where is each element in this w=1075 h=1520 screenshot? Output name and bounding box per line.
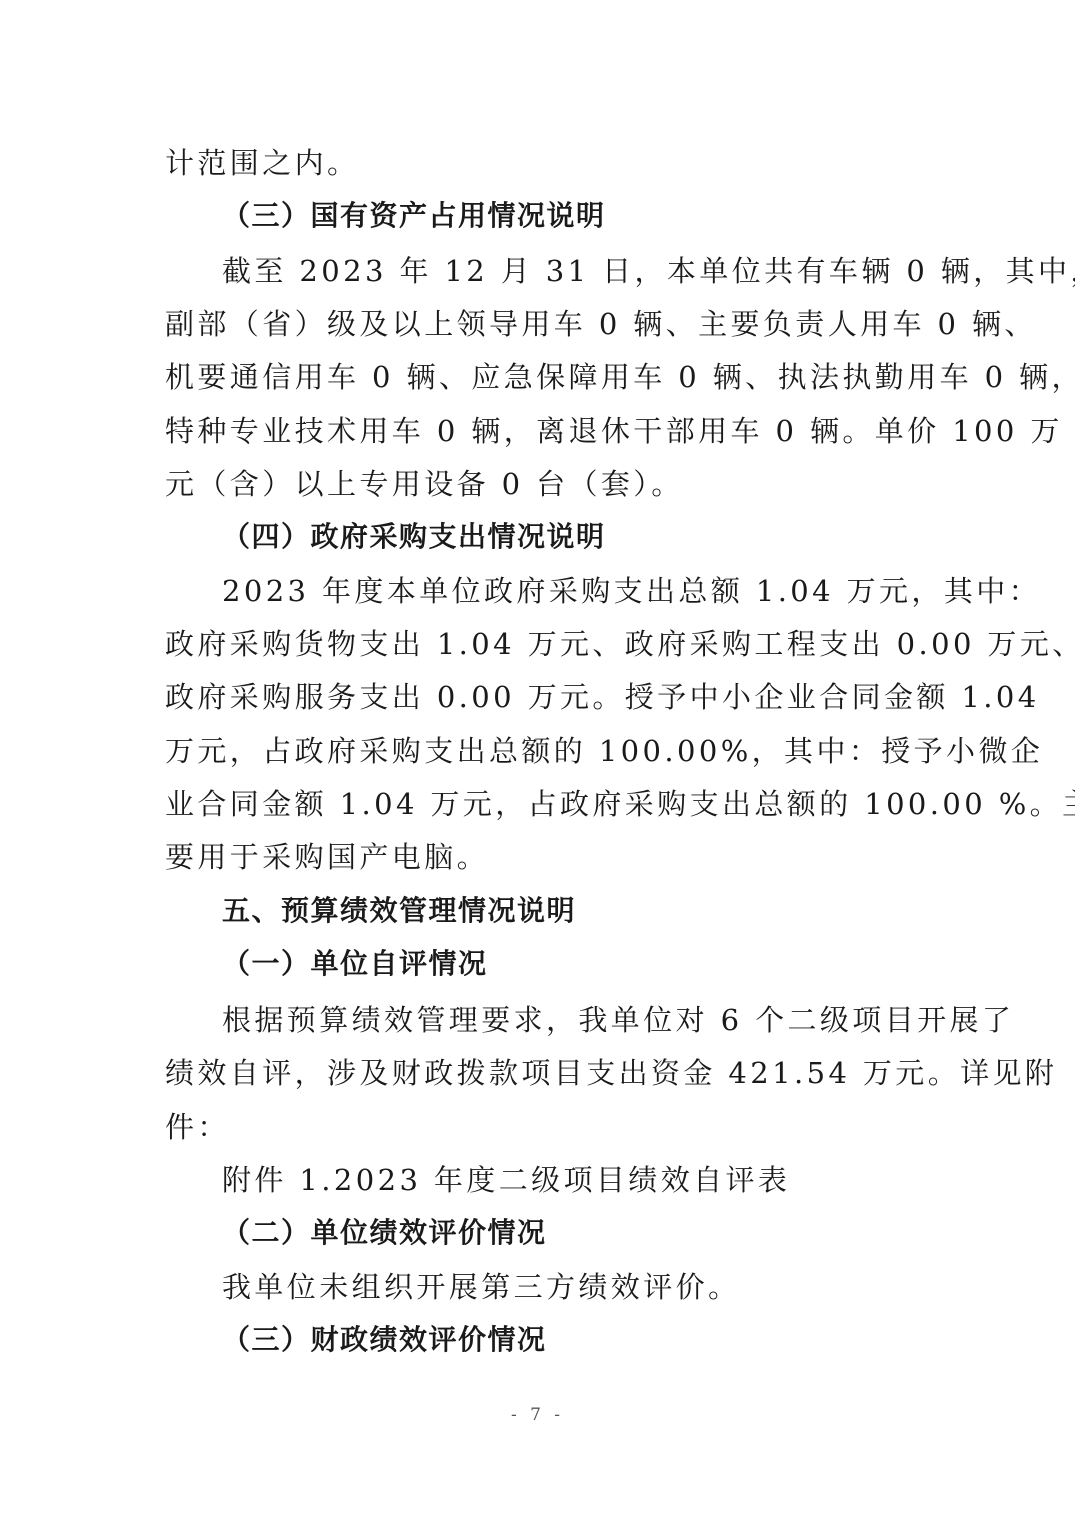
paragraph-line: 绩效自评，涉及财政拨款项目支出资金 421.54 万元。详见附 — [165, 1053, 1057, 1093]
paragraph-line: 要用于采购国产电脑。 — [165, 837, 489, 877]
paragraph-line: 万元，占政府采购支出总额的 100.00%，其中：授予小微企 — [165, 731, 1043, 771]
section-heading-unit-eval: （二）单位绩效评价情况 — [222, 1213, 547, 1253]
paragraph-line: 机要通信用车 0 辆、应急保障用车 0 辆、执法执勤用车 0 辆， — [165, 357, 1075, 397]
paragraph-line: 副部（省）级及以上领导用车 0 辆、主要负责人用车 0 辆、 — [165, 304, 1037, 344]
paragraph-line: 我单位未组织开展第三方绩效评价。 — [222, 1267, 740, 1307]
paragraph-line: 政府采购服务支出 0.00 万元。授予中小企业合同金额 1.04 — [165, 677, 1040, 717]
section-heading-state-assets: （三）国有资产占用情况说明 — [222, 196, 606, 236]
section-heading-procurement: （四）政府采购支出情况说明 — [222, 517, 606, 557]
attachment-reference: 附件 1.2023 年度二级项目绩效自评表 — [222, 1160, 790, 1200]
paragraph-line: 根据预算绩效管理要求，我单位对 6 个二级项目开展了 — [222, 1000, 1014, 1040]
paragraph-line: 件： — [165, 1107, 230, 1147]
section-heading-fiscal-eval: （三）财政绩效评价情况 — [222, 1320, 547, 1360]
page-number: - 7 - — [0, 1405, 1075, 1425]
paragraph-line: 特种专业技术用车 0 辆，离退休干部用车 0 辆。单价 100 万 — [165, 411, 1063, 451]
paragraph-line: 2023 年度本单位政府采购支出总额 1.04 万元，其中： — [222, 571, 1041, 611]
paragraph-line: 元（含）以上专用设备 0 台（套）。 — [165, 464, 684, 504]
chapter-heading-performance: 五、预算绩效管理情况说明 — [222, 891, 576, 931]
paragraph-line: 截至 2023 年 12 月 31 日，本单位共有车辆 0 辆，其中， — [222, 251, 1075, 291]
section-heading-self-eval: （一）单位自评情况 — [222, 944, 488, 984]
paragraph-line: 计范围之内。 — [165, 143, 359, 183]
paragraph-line: 业合同金额 1.04 万元，占政府采购支出总额的 100.00 %。主 — [165, 784, 1075, 824]
paragraph-line: 政府采购货物支出 1.04 万元、政府采购工程支出 0.00 万元、 — [165, 624, 1075, 664]
